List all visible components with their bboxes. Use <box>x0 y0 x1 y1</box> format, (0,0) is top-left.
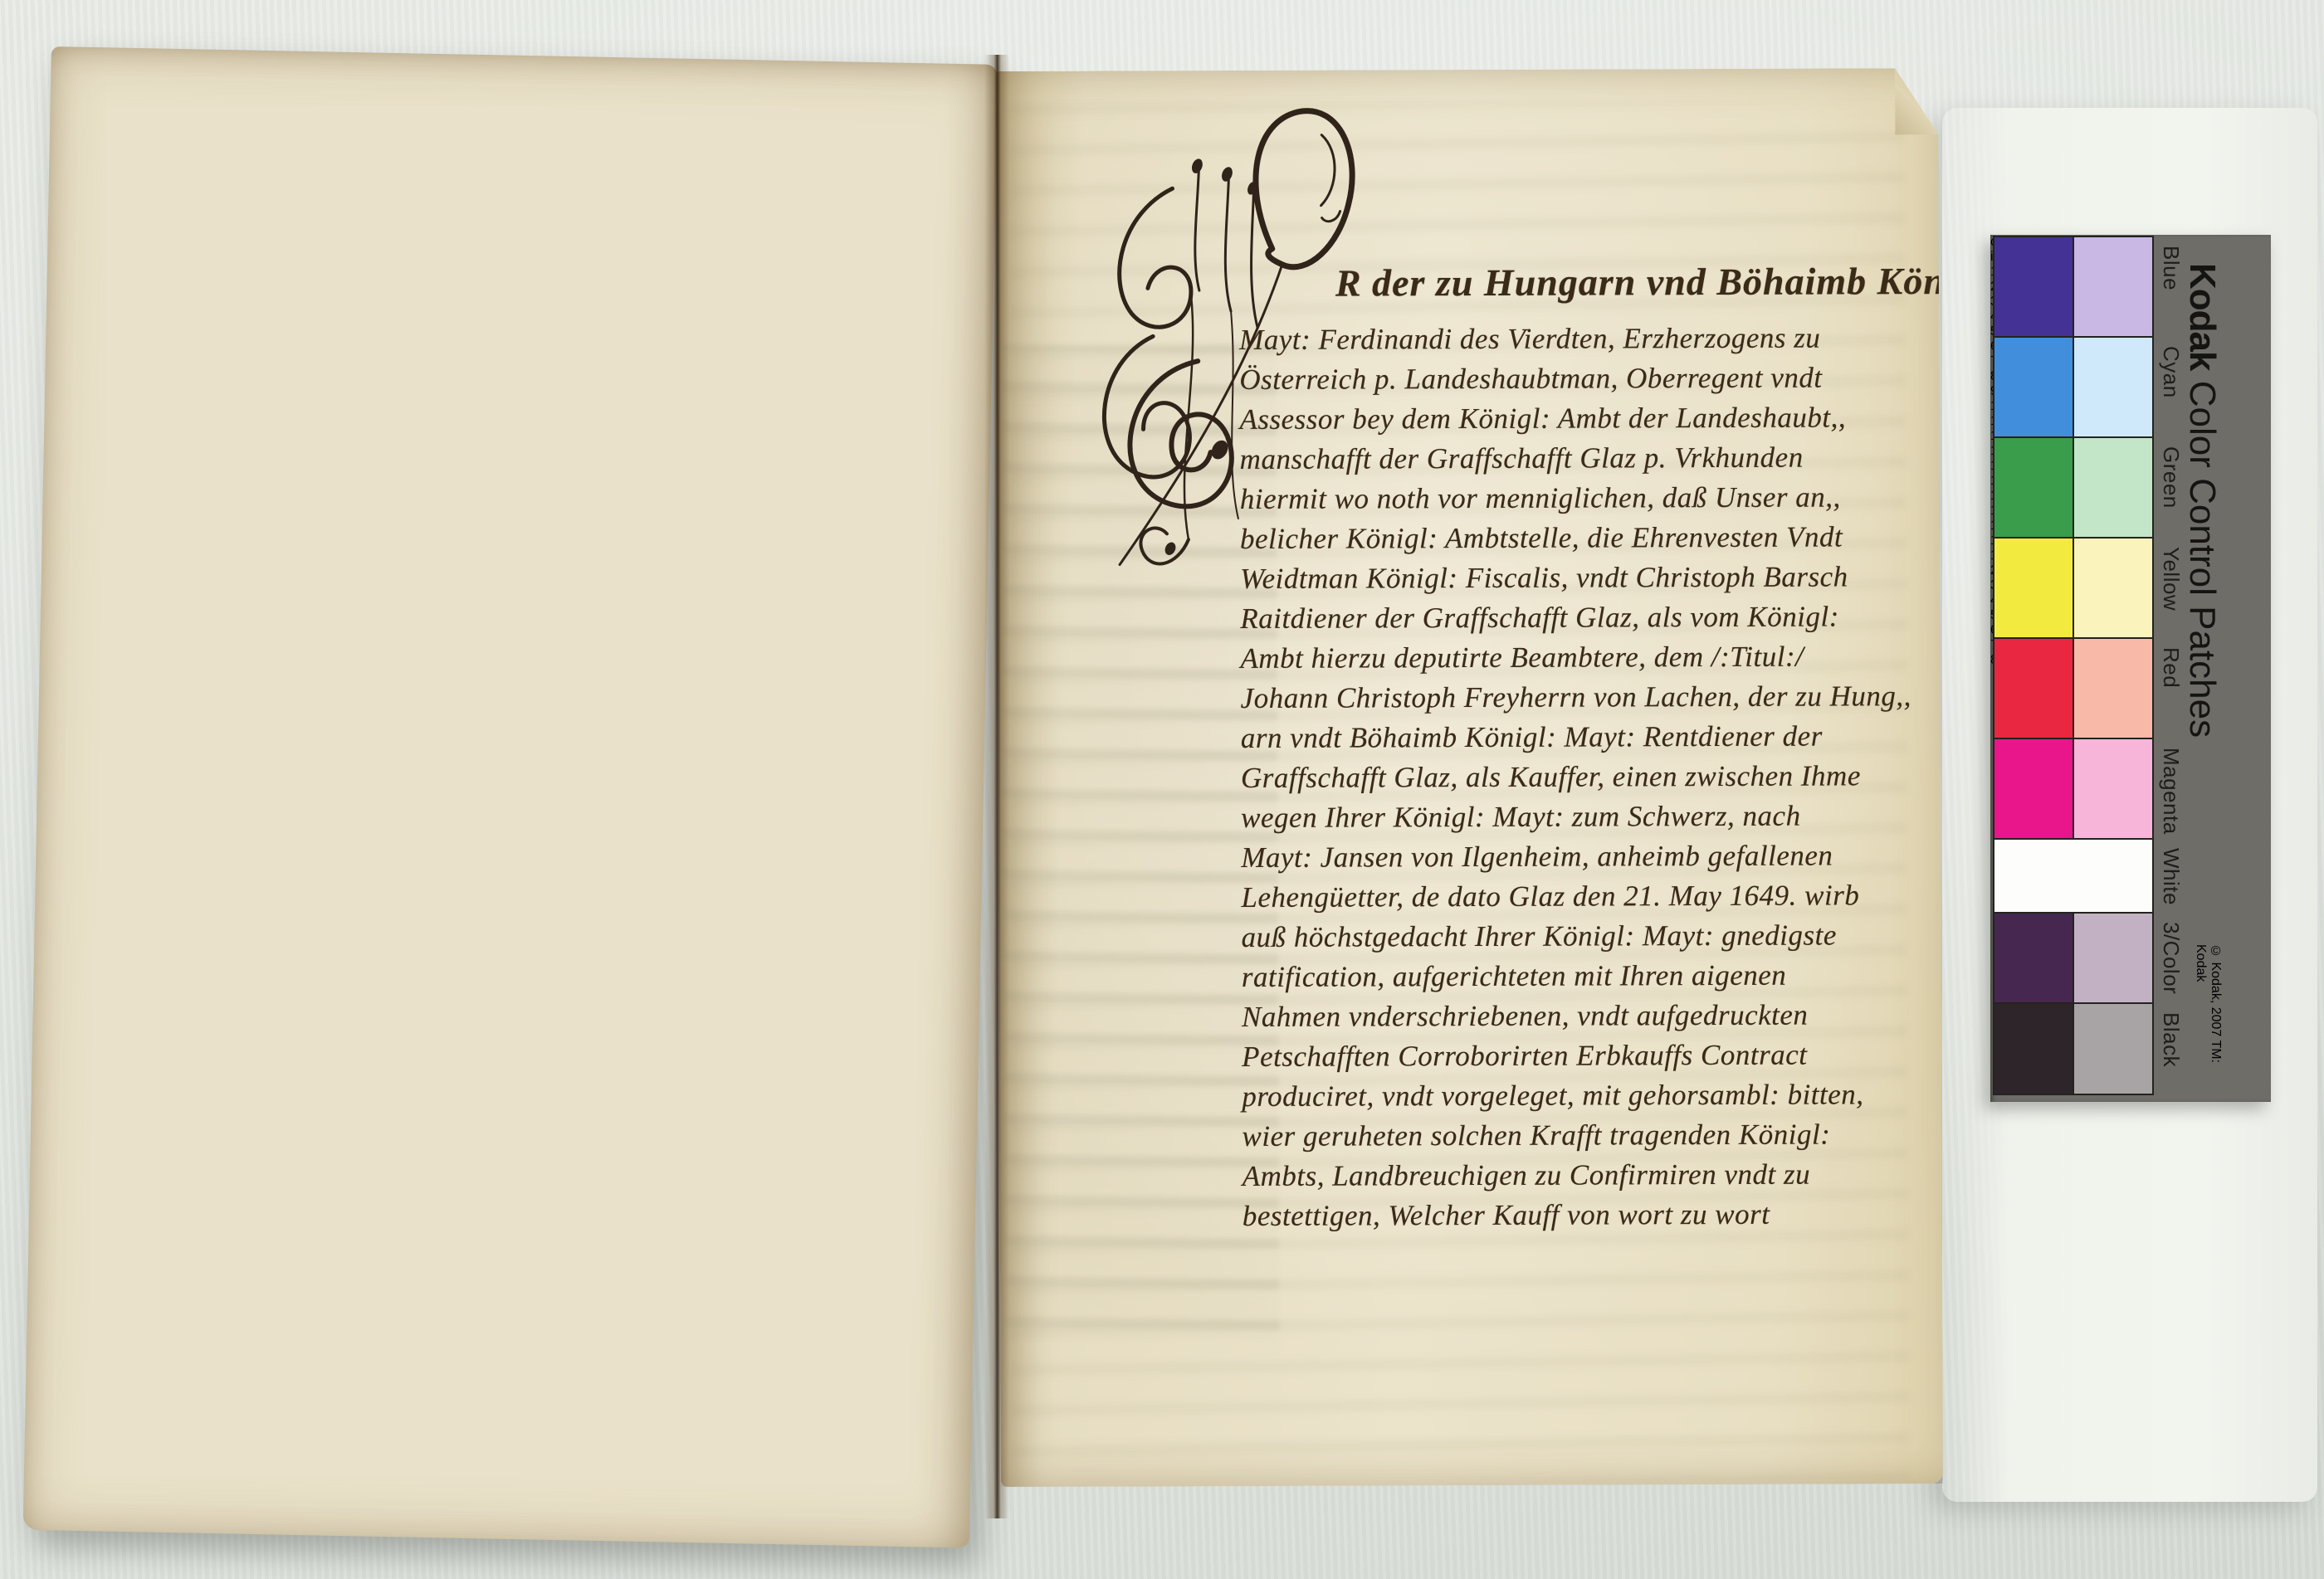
patch-solid <box>1994 739 2074 840</box>
patch-solid <box>1994 840 2152 914</box>
patch-row: White <box>1990 840 2271 914</box>
patch-label: Red <box>2158 647 2184 688</box>
manuscript-line: Mayt: Jansen von Ilgenheim, anheimb gefa… <box>1241 839 1942 881</box>
patch-solid <box>1994 914 2074 1004</box>
patch-solid <box>1994 639 2074 739</box>
patch-label: Cyan <box>2158 346 2184 398</box>
manuscript-line: Nahmen vnderschriebenen, vndt aufgedruck… <box>1242 998 1943 1040</box>
manuscript-line: bestettigen, Welcher Kauff von wort zu w… <box>1243 1197 1944 1240</box>
patch-tint <box>2074 739 2152 840</box>
manuscript-heading: R der zu Hungarn vnd Böhaimb König: <box>1335 259 1941 305</box>
patch-tint <box>2074 539 2152 639</box>
manuscript-line: Österreich p. Landeshaubtman, Oberregent… <box>1239 361 1941 403</box>
patch-row: 3/Color <box>1990 914 2271 1004</box>
manuscript-line: Lehengüetter, de dato Glaz den 21. May 1… <box>1241 879 1942 921</box>
patch-solid <box>1994 539 2074 639</box>
patch-tint <box>2074 438 2152 539</box>
manuscript-line: Assessor bey dem Königl: Ambt der Landes… <box>1239 401 1941 443</box>
patch-label: Yellow <box>2158 547 2184 611</box>
patch-label: Green <box>2158 446 2184 509</box>
manuscript-line: Johann Christoph Freyherrn von Lachen, d… <box>1241 680 1942 722</box>
manuscript-line: Mayt: Ferdinandi des Vierdten, Erzherzog… <box>1239 321 1941 363</box>
patch-row: Black <box>1990 1004 2271 1094</box>
photograph: R der zu Hungarn vnd Böhaimb König: Mayt… <box>0 0 2324 1579</box>
manuscript-line: arn vndt Böhaimb Königl: Mayt: Rentdiene… <box>1241 719 1942 762</box>
kodak-color-target: Blue Cyan Green Yellow Red Magenta <box>1990 235 2271 1102</box>
kodak-title: Kodak Color Control Patches <box>2181 263 2223 738</box>
manuscript-line: manschafft der Graffschafft Glaz p. Vrkh… <box>1240 441 1941 483</box>
manuscript-line: Graffschafft Glaz, als Kauffer, einen zw… <box>1241 759 1942 802</box>
manuscript-line: Ambt hierzu deputirte Beambtere, dem /:T… <box>1240 640 1941 682</box>
patch-solid <box>1994 438 2074 539</box>
patch-row: Magenta <box>1990 739 2271 840</box>
manuscript-line: Petschafften Corroborirten Erbkauffs Con… <box>1242 1038 1943 1080</box>
patch-label: Blue <box>2158 246 2184 290</box>
patch-label: White <box>2158 848 2184 905</box>
kodak-copyright: © Kodak, 2007 TM: Kodak <box>2193 944 2223 1102</box>
patch-row: Yellow <box>1990 539 2271 639</box>
patch-tint <box>2074 1004 2152 1094</box>
manuscript-line: belicher Königl: Ambtstelle, die Ehrenve… <box>1240 520 1941 563</box>
manuscript-line: hiermit wo noth vor menniglichen, daß Un… <box>1240 480 1941 523</box>
manuscript-text: R der zu Hungarn vnd Böhaimb König: Mayt… <box>1239 259 1944 1240</box>
manuscript-line: ratification, aufgerichteten mit Ihren a… <box>1242 958 1943 1001</box>
patch-tint <box>2074 914 2152 1004</box>
left-page-blank <box>23 46 998 1548</box>
patch-tint <box>2074 237 2152 338</box>
patch-tint <box>2074 639 2152 739</box>
patch-solid <box>1994 237 2074 338</box>
manuscript-line: produciret, vndt vorgeleget, mit gehorsa… <box>1242 1078 1943 1120</box>
kodak-logo-text: Kodak <box>2182 263 2223 370</box>
manuscript-lines: Mayt: Ferdinandi des Vierdten, Erzherzog… <box>1239 321 1944 1240</box>
manuscript-line: auß höchstgedacht Ihrer Königl: Mayt: gn… <box>1242 919 1943 961</box>
manuscript-line: Raitdiener der Graffschafft Glaz, als vo… <box>1240 600 1941 642</box>
patch-label: Magenta <box>2158 748 2184 835</box>
manuscript-line: Weidtman Königl: Fiscalis, vndt Christop… <box>1240 560 1941 602</box>
patch-tint <box>2074 338 2152 438</box>
patch-solid <box>1994 338 2074 438</box>
patch-label: 3/Color <box>2158 922 2184 994</box>
manuscript-line: wier geruheten solchen Krafft tragenden … <box>1242 1118 1943 1160</box>
patch-solid <box>1994 1004 2074 1094</box>
patch-rows: Blue Cyan Green Yellow Red Magenta <box>1990 237 2271 1094</box>
patch-row: Red <box>1990 639 2271 739</box>
right-page: R der zu Hungarn vnd Böhaimb König: Mayt… <box>996 68 1943 1487</box>
patch-label: Black <box>2158 1012 2184 1067</box>
patch-row: Green <box>1990 438 2271 539</box>
manuscript-line: wegen Ihrer Königl: Mayt: zum Schwerz, n… <box>1241 799 1942 841</box>
patch-row: Blue <box>1990 237 2271 338</box>
book-gutter <box>984 55 1009 1518</box>
patch-row: Cyan <box>1990 338 2271 438</box>
kodak-title-rest: Color Control Patches <box>2182 370 2223 738</box>
manuscript-line: Ambts, Landbreuchigen zu Confirmiren vnd… <box>1243 1157 1944 1200</box>
